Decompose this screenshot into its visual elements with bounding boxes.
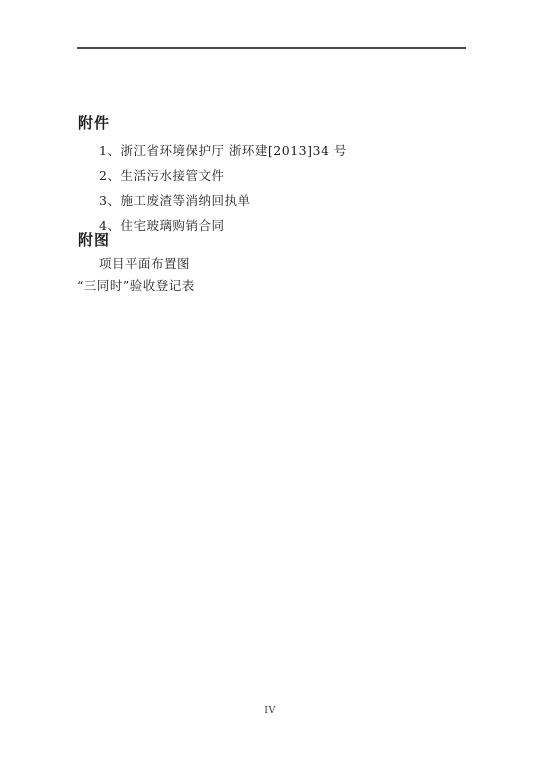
section-heading-figures: 附图 bbox=[78, 229, 110, 250]
figure-item-1: 项目平面布置图 bbox=[99, 254, 190, 272]
attachment-item-4: 4、住宅玻璃购销合同 bbox=[99, 216, 224, 234]
section-heading-attachments: 附件 bbox=[78, 112, 110, 133]
attachment-item-3: 3、施工废渣等消纳回执单 bbox=[99, 191, 250, 209]
attachment-item-1: 1、浙江省环境保护厅 浙环建[2013]34 号 bbox=[99, 141, 347, 159]
attachment-item-2: 2、生活污水接管文件 bbox=[99, 166, 224, 184]
page-number: IV bbox=[0, 705, 540, 716]
document-page: 附件 1、浙江省环境保护厅 浙环建[2013]34 号 2、生活污水接管文件 3… bbox=[0, 0, 540, 764]
three-simultaneous-registration-note: “三同时”验收登记表 bbox=[77, 276, 195, 294]
header-rule bbox=[77, 47, 466, 49]
